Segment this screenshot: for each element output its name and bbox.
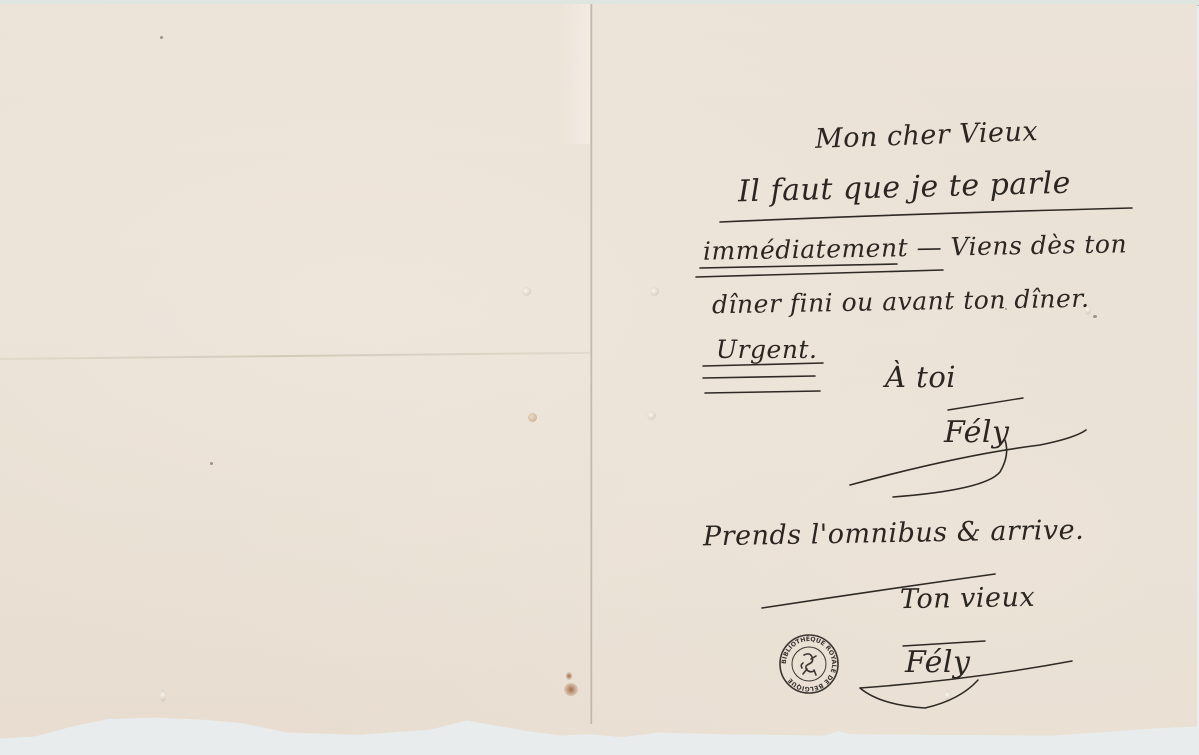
underline-stroke <box>696 270 943 277</box>
signature-flourish <box>860 661 1072 688</box>
underline-stroke <box>705 391 820 393</box>
signature-flourish <box>948 398 1023 410</box>
scanned-letter: Mon cher Vieux Il faut que je te parle i… <box>0 0 1199 755</box>
signature-flourish <box>903 641 985 646</box>
signature-flourish <box>850 430 1086 485</box>
library-stamp: BIBLIOTHÈQUE ROYALE DE BELGIQUE <box>778 633 840 695</box>
pen-strokes <box>0 0 1199 755</box>
closing-stroke <box>762 574 995 608</box>
underline-stroke <box>703 376 815 378</box>
lion-rampant-icon <box>801 654 816 675</box>
underline-stroke <box>703 363 823 366</box>
underline-stroke <box>700 264 897 268</box>
signature-flourish <box>893 440 1007 497</box>
signature-flourish <box>860 680 978 708</box>
underline-stroke <box>720 208 1132 222</box>
